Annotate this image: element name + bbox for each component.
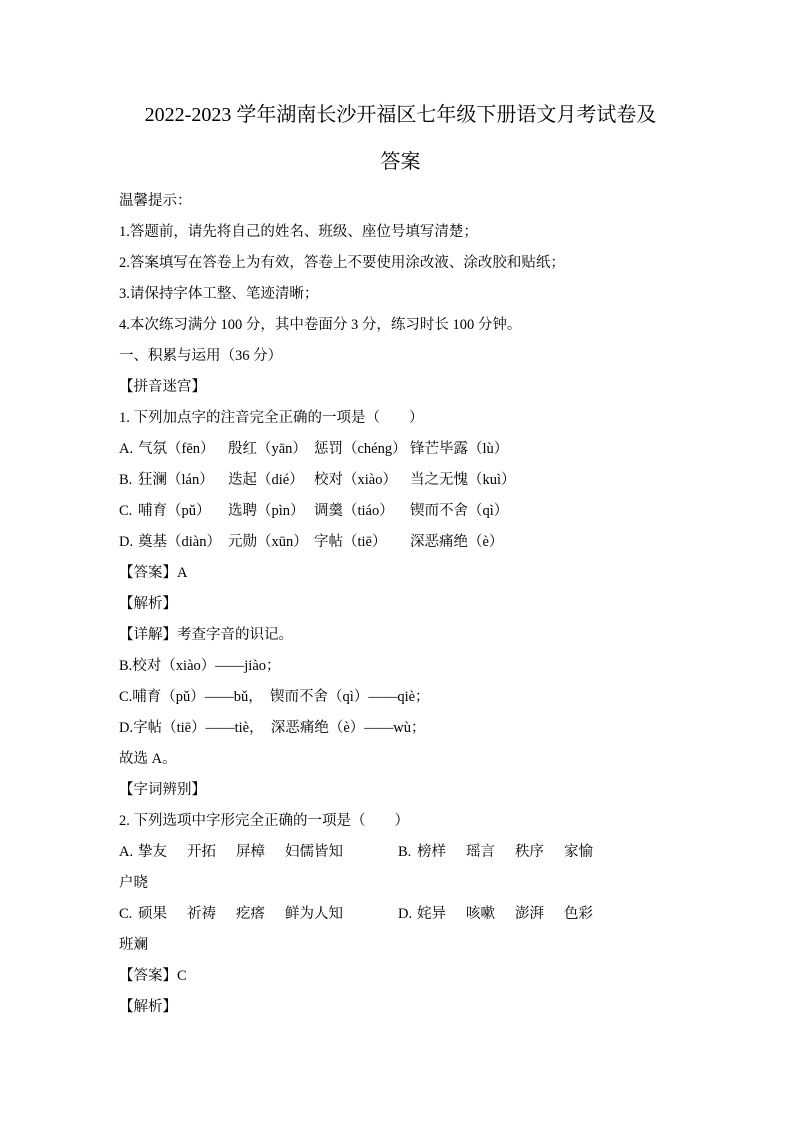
q1-option-d-item-2: 元勋（xūn） bbox=[228, 527, 314, 558]
q2-option-d: D. 姹异 咳嗽 澎湃 色彩 bbox=[398, 899, 682, 930]
notice-item-4: 4.本次练习满分 100 分，其中卷面分 3 分，练习时长 100 分钟。 bbox=[119, 310, 682, 341]
q2-option-c-item-4: 鲜为人知 bbox=[285, 899, 343, 930]
q1-option-a: A. 气氛（fēn） 殷红（yān） 惩罚（chéng） 锋芒毕露（lù） bbox=[119, 434, 682, 465]
word-discrimination-tag: 【字词辨别】 bbox=[119, 775, 682, 806]
q1-option-c-label: C. bbox=[119, 496, 138, 527]
q2-option-c-item-3: 疙瘩 bbox=[236, 899, 265, 930]
q1-answer-label: 【答案】 bbox=[119, 565, 177, 581]
q1-option-a-item-1: 气氛（fēn） bbox=[138, 434, 228, 465]
q2-option-d-item-2: 咳嗽 bbox=[466, 899, 495, 930]
notice-item-2: 2.答案填写在答卷上为有效，答卷上不要使用涂改液、涂改胶和贴纸； bbox=[119, 248, 682, 279]
notice-item-1: 1.答题前，请先将自己的姓名、班级、座位号填写清楚； bbox=[119, 217, 682, 248]
q2-answer: 【答案】C bbox=[119, 961, 682, 992]
q1-option-a-item-2: 殷红（yān） bbox=[228, 434, 314, 465]
q1-option-a-item-4: 锋芒毕露（lù） bbox=[410, 434, 682, 465]
q2-option-b-item-1: 榜样 bbox=[417, 837, 446, 868]
q2-option-a-item-2: 开拓 bbox=[187, 837, 216, 868]
q2-option-b-item-4: 家愉 bbox=[564, 837, 593, 868]
q1-option-b-item-1: 狂澜（lán） bbox=[138, 465, 228, 496]
q2-option-a: A. 挚友 开拓 屏樟 妇儒皆知 bbox=[119, 837, 398, 868]
q1-answer-value: A bbox=[177, 565, 187, 581]
q1-option-d-item-3: 字帖（tiē） bbox=[314, 527, 410, 558]
exam-document-page: 2022-2023 学年湖南长沙开福区七年级下册语文月考试卷及 答案 温馨提示：… bbox=[0, 0, 794, 1123]
q2-option-a-item-1: 挚友 bbox=[138, 837, 167, 868]
title-line-2: 答案 bbox=[119, 139, 682, 186]
q2-option-a-item-4: 妇儒皆知 bbox=[285, 837, 343, 868]
q2-option-b: B. 榜样 瑶言 秩序 家愉 bbox=[398, 837, 682, 868]
question-2-stem: 2. 下列选项中字形完全正确的一项是（ ） bbox=[119, 806, 682, 837]
q1-option-b-label: B. bbox=[119, 465, 138, 496]
document-title: 2022-2023 学年湖南长沙开福区七年级下册语文月考试卷及 答案 bbox=[119, 92, 682, 186]
q2-option-b-item-2: 瑶言 bbox=[466, 837, 495, 868]
q1-option-c-item-1: 哺育（pǔ） bbox=[138, 496, 228, 527]
q2-option-d-item-4: 色彩 bbox=[564, 899, 593, 930]
q1-option-b: B. 狂澜（lán） 迭起（dié） 校对（xiào） 当之无愧（kuì） bbox=[119, 465, 682, 496]
q2-option-b-label: B. bbox=[398, 837, 417, 868]
q1-detail: 【详解】考查字音的识记。 bbox=[119, 620, 682, 651]
pinyin-maze-tag: 【拼音迷宫】 bbox=[119, 372, 682, 403]
q1-analysis-label: 【解析】 bbox=[119, 589, 682, 620]
q2-option-c-item-2: 祈祷 bbox=[187, 899, 216, 930]
q1-detail-label: 【详解】 bbox=[119, 627, 177, 643]
q1-conclusion: 故选 A。 bbox=[119, 744, 682, 775]
q2-option-c: C. 硕果 祈祷 疙瘩 鲜为人知 bbox=[119, 899, 398, 930]
q2-options-row-1: A. 挚友 开拓 屏樟 妇儒皆知 B. 榜样 瑶言 秩序 家愉 bbox=[119, 837, 682, 868]
q1-option-c-item-3: 调羹（tiáo） bbox=[314, 496, 410, 527]
question-1-stem: 1. 下列加点字的注音完全正确的一项是（ ） bbox=[119, 403, 682, 434]
notice-heading: 温馨提示： bbox=[119, 186, 682, 217]
q2-option-d-wrap: 班斓 bbox=[119, 930, 682, 961]
q1-option-c: C. 哺育（pǔ） 选聘（pìn） 调羹（tiáo） 锲而不舍（qì） bbox=[119, 496, 682, 527]
q2-analysis-label: 【解析】 bbox=[119, 992, 682, 1023]
q2-option-d-item-3: 澎湃 bbox=[515, 899, 544, 930]
q1-option-b-item-3: 校对（xiào） bbox=[314, 465, 410, 496]
q2-option-b-wrap: 户晓 bbox=[119, 868, 682, 899]
q1-option-c-item-4: 锲而不舍（qì） bbox=[410, 496, 682, 527]
section-heading: 一、积累与运用（36 分） bbox=[119, 341, 682, 372]
q1-option-a-item-3: 惩罚（chéng） bbox=[314, 434, 410, 465]
q2-answer-label: 【答案】 bbox=[119, 968, 177, 984]
q2-option-b-item-3: 秩序 bbox=[515, 837, 544, 868]
q2-option-c-item-1: 硕果 bbox=[138, 899, 167, 930]
q1-option-c-item-2: 选聘（pìn） bbox=[228, 496, 314, 527]
q1-explanation-d: D.字帖（tiē）——tiè， 深恶痛绝（è）——wù； bbox=[119, 713, 682, 744]
q2-answer-value: C bbox=[177, 968, 187, 984]
q1-option-b-item-2: 迭起（dié） bbox=[228, 465, 314, 496]
q1-explanation-b: B.校对（xiào）——jiào； bbox=[119, 651, 682, 682]
q1-option-b-item-4: 当之无愧（kuì） bbox=[410, 465, 682, 496]
q2-option-a-label: A. bbox=[119, 837, 138, 868]
q1-option-d-item-4: 深恶痛绝（è） bbox=[410, 527, 682, 558]
notice-item-3: 3.请保持字体工整、笔迹清晰； bbox=[119, 279, 682, 310]
title-line-1: 2022-2023 学年湖南长沙开福区七年级下册语文月考试卷及 bbox=[119, 92, 682, 139]
q1-answer: 【答案】A bbox=[119, 558, 682, 589]
q1-explanation-c: C.哺育（pǔ）——bǔ， 锲而不舍（qì）——qiè； bbox=[119, 682, 682, 713]
q1-option-a-label: A. bbox=[119, 434, 138, 465]
q1-detail-text: 考查字音的识记。 bbox=[177, 627, 293, 643]
q1-option-d-item-1: 奠基（diàn） bbox=[138, 527, 228, 558]
q2-option-a-item-3: 屏樟 bbox=[236, 837, 265, 868]
q2-option-c-label: C. bbox=[119, 899, 138, 930]
q1-option-d: D. 奠基（diàn） 元勋（xūn） 字帖（tiē） 深恶痛绝（è） bbox=[119, 527, 682, 558]
q1-option-d-label: D. bbox=[119, 527, 138, 558]
q2-option-d-label: D. bbox=[398, 899, 417, 930]
q2-option-d-item-1: 姹异 bbox=[417, 899, 446, 930]
q2-options-row-2: C. 硕果 祈祷 疙瘩 鲜为人知 D. 姹异 咳嗽 澎湃 色彩 bbox=[119, 899, 682, 930]
